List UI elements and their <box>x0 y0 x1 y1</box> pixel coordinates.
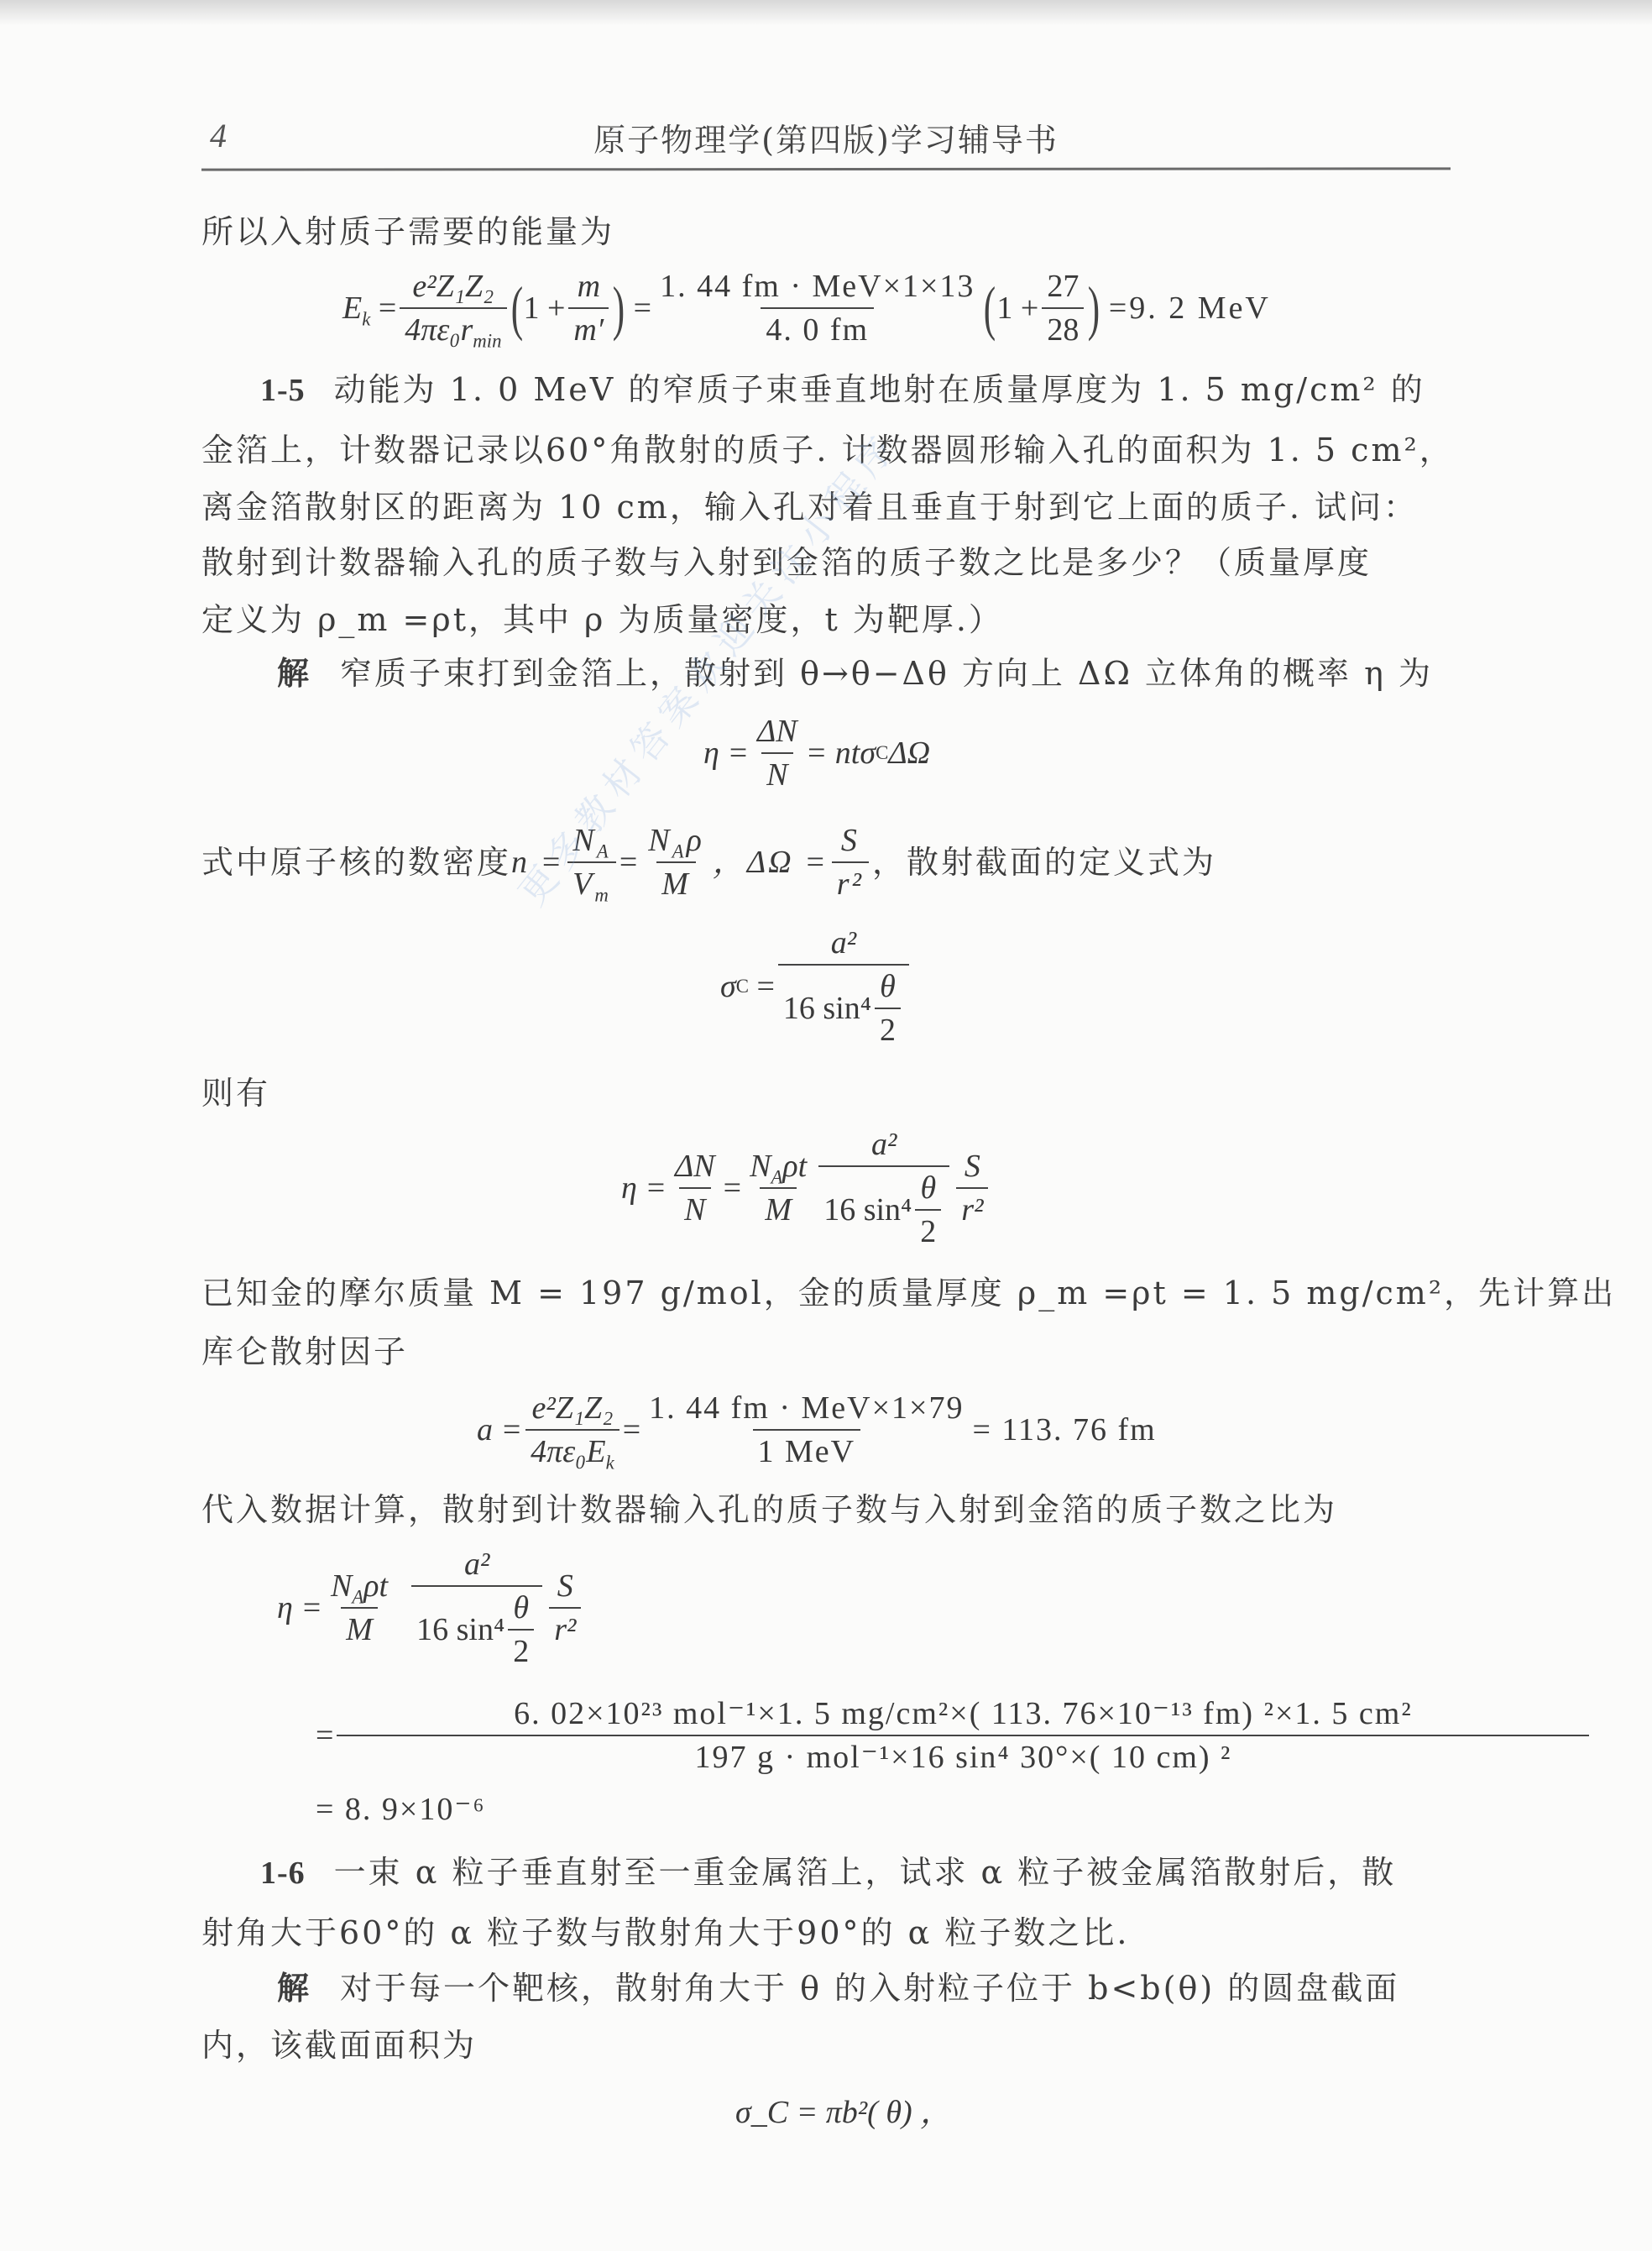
problem-1-5-line-5: 定义为 ρ_m =ρt，其中 ρ 为质量密度，t 为靶厚.） <box>201 599 1003 640</box>
fraction: 1. 44 fm · MeV×1×13 4. 0 fm <box>655 267 980 349</box>
problem-1-6-line-2: 射角大于60°的 α 粒子数与散射角大于90°的 α 粒子数之比. <box>201 1913 1129 1953</box>
problem-1-5-line-2: 金箔上，计数器记录以60°角散射的质子. 计数器圆形输入孔的面积为 1. 5 c… <box>201 430 1454 470</box>
solution-1-5-line-6: 代入数据计算，散射到计数器输入孔的质子数与入射到金箔的质子数之比为 <box>201 1489 1337 1530</box>
solution-1-5-line-2: 式中原子核的数密度 n = NAVm= NAρM ，ΔΩ = Sr² ，散射截面… <box>201 821 1216 903</box>
problem-label: 1-5 <box>260 373 306 408</box>
fraction: 27 28 <box>1042 267 1084 349</box>
running-header-title: 原子物理学(第四版)学习辅导书 <box>0 114 1652 160</box>
fraction: m m′ <box>568 267 609 349</box>
solution-1-5-line-5: 库仑散射因子 <box>201 1332 408 1372</box>
fraction: e²Z₁Z₂ 4πε₀rmin <box>400 267 506 349</box>
problem-1-6-line-1: 1-6一束 α 粒子垂直射至一重金属箔上，试求 α 粒子被金属箔散射后，散 <box>260 1852 1396 1893</box>
header-rule <box>201 167 1451 170</box>
equation-result: = 8. 9×10⁻⁶ <box>316 1790 486 1828</box>
equation-coulomb-factor: a = e²Z₁Z₂4πε₀Ek= 1. 44 fm · MeV×1×791 M… <box>477 1389 1157 1471</box>
equation-numeric-substitution: = 6. 02×10²³ mol⁻¹×1. 5 mg/cm²×( 113. 76… <box>316 1694 1592 1777</box>
solution-1-5-line-1: 解窄质子束打到金箔上，散射到 θ→θ−Δθ 方向上 ΔΩ 立体角的概率 η 为 <box>277 653 1433 694</box>
problem-1-5-line-1: 1-5动能为 1. 0 MeV 的窄质子束垂直地射在质量厚度为 1. 5 mg/… <box>260 369 1425 411</box>
problem-label: 1-6 <box>260 1856 306 1891</box>
solution-1-5-line-3: 则有 <box>201 1073 270 1113</box>
solution-label: 解 <box>277 654 311 692</box>
equation-eta-eval: η = NAρtM a² 16 sin⁴ θ2 Sr² <box>277 1545 584 1671</box>
equation-cross-section: σC = a² 16 sin⁴ θ2 <box>720 924 912 1050</box>
eq-lhs: Ek <box>342 290 370 327</box>
solution-label: 解 <box>277 1969 311 2007</box>
equation-eta-full: η = ΔNN= NAρtM a² 16 sin⁴ θ2 Sr² <box>621 1125 991 1251</box>
scan-edge-shadow <box>0 0 1652 25</box>
solution-1-5-line-4: 已知金的摩尔质量 M = 197 g/mol，金的质量厚度 ρ_m =ρt = … <box>201 1273 1616 1313</box>
intro-line: 所以入射质子需要的能量为 <box>201 212 614 252</box>
equation-kinetic-energy: Ek = e²Z₁Z₂ 4πε₀rmin (1 + m m′ ) = 1. 44… <box>342 267 1271 349</box>
equation-disk-cross-section: σ_C = πb²( θ) ， <box>735 2086 952 2132</box>
solution-1-6-line-2: 内，该截面面积为 <box>201 2025 477 2065</box>
solution-1-6-line-1: 解对于每一个靶核，散射角大于 θ 的入射粒子位于 b<b(θ) 的圆盘截面 <box>277 1968 1399 2008</box>
equation-eta-probability: η = ΔNN = ntσCΔΩ <box>703 712 930 794</box>
